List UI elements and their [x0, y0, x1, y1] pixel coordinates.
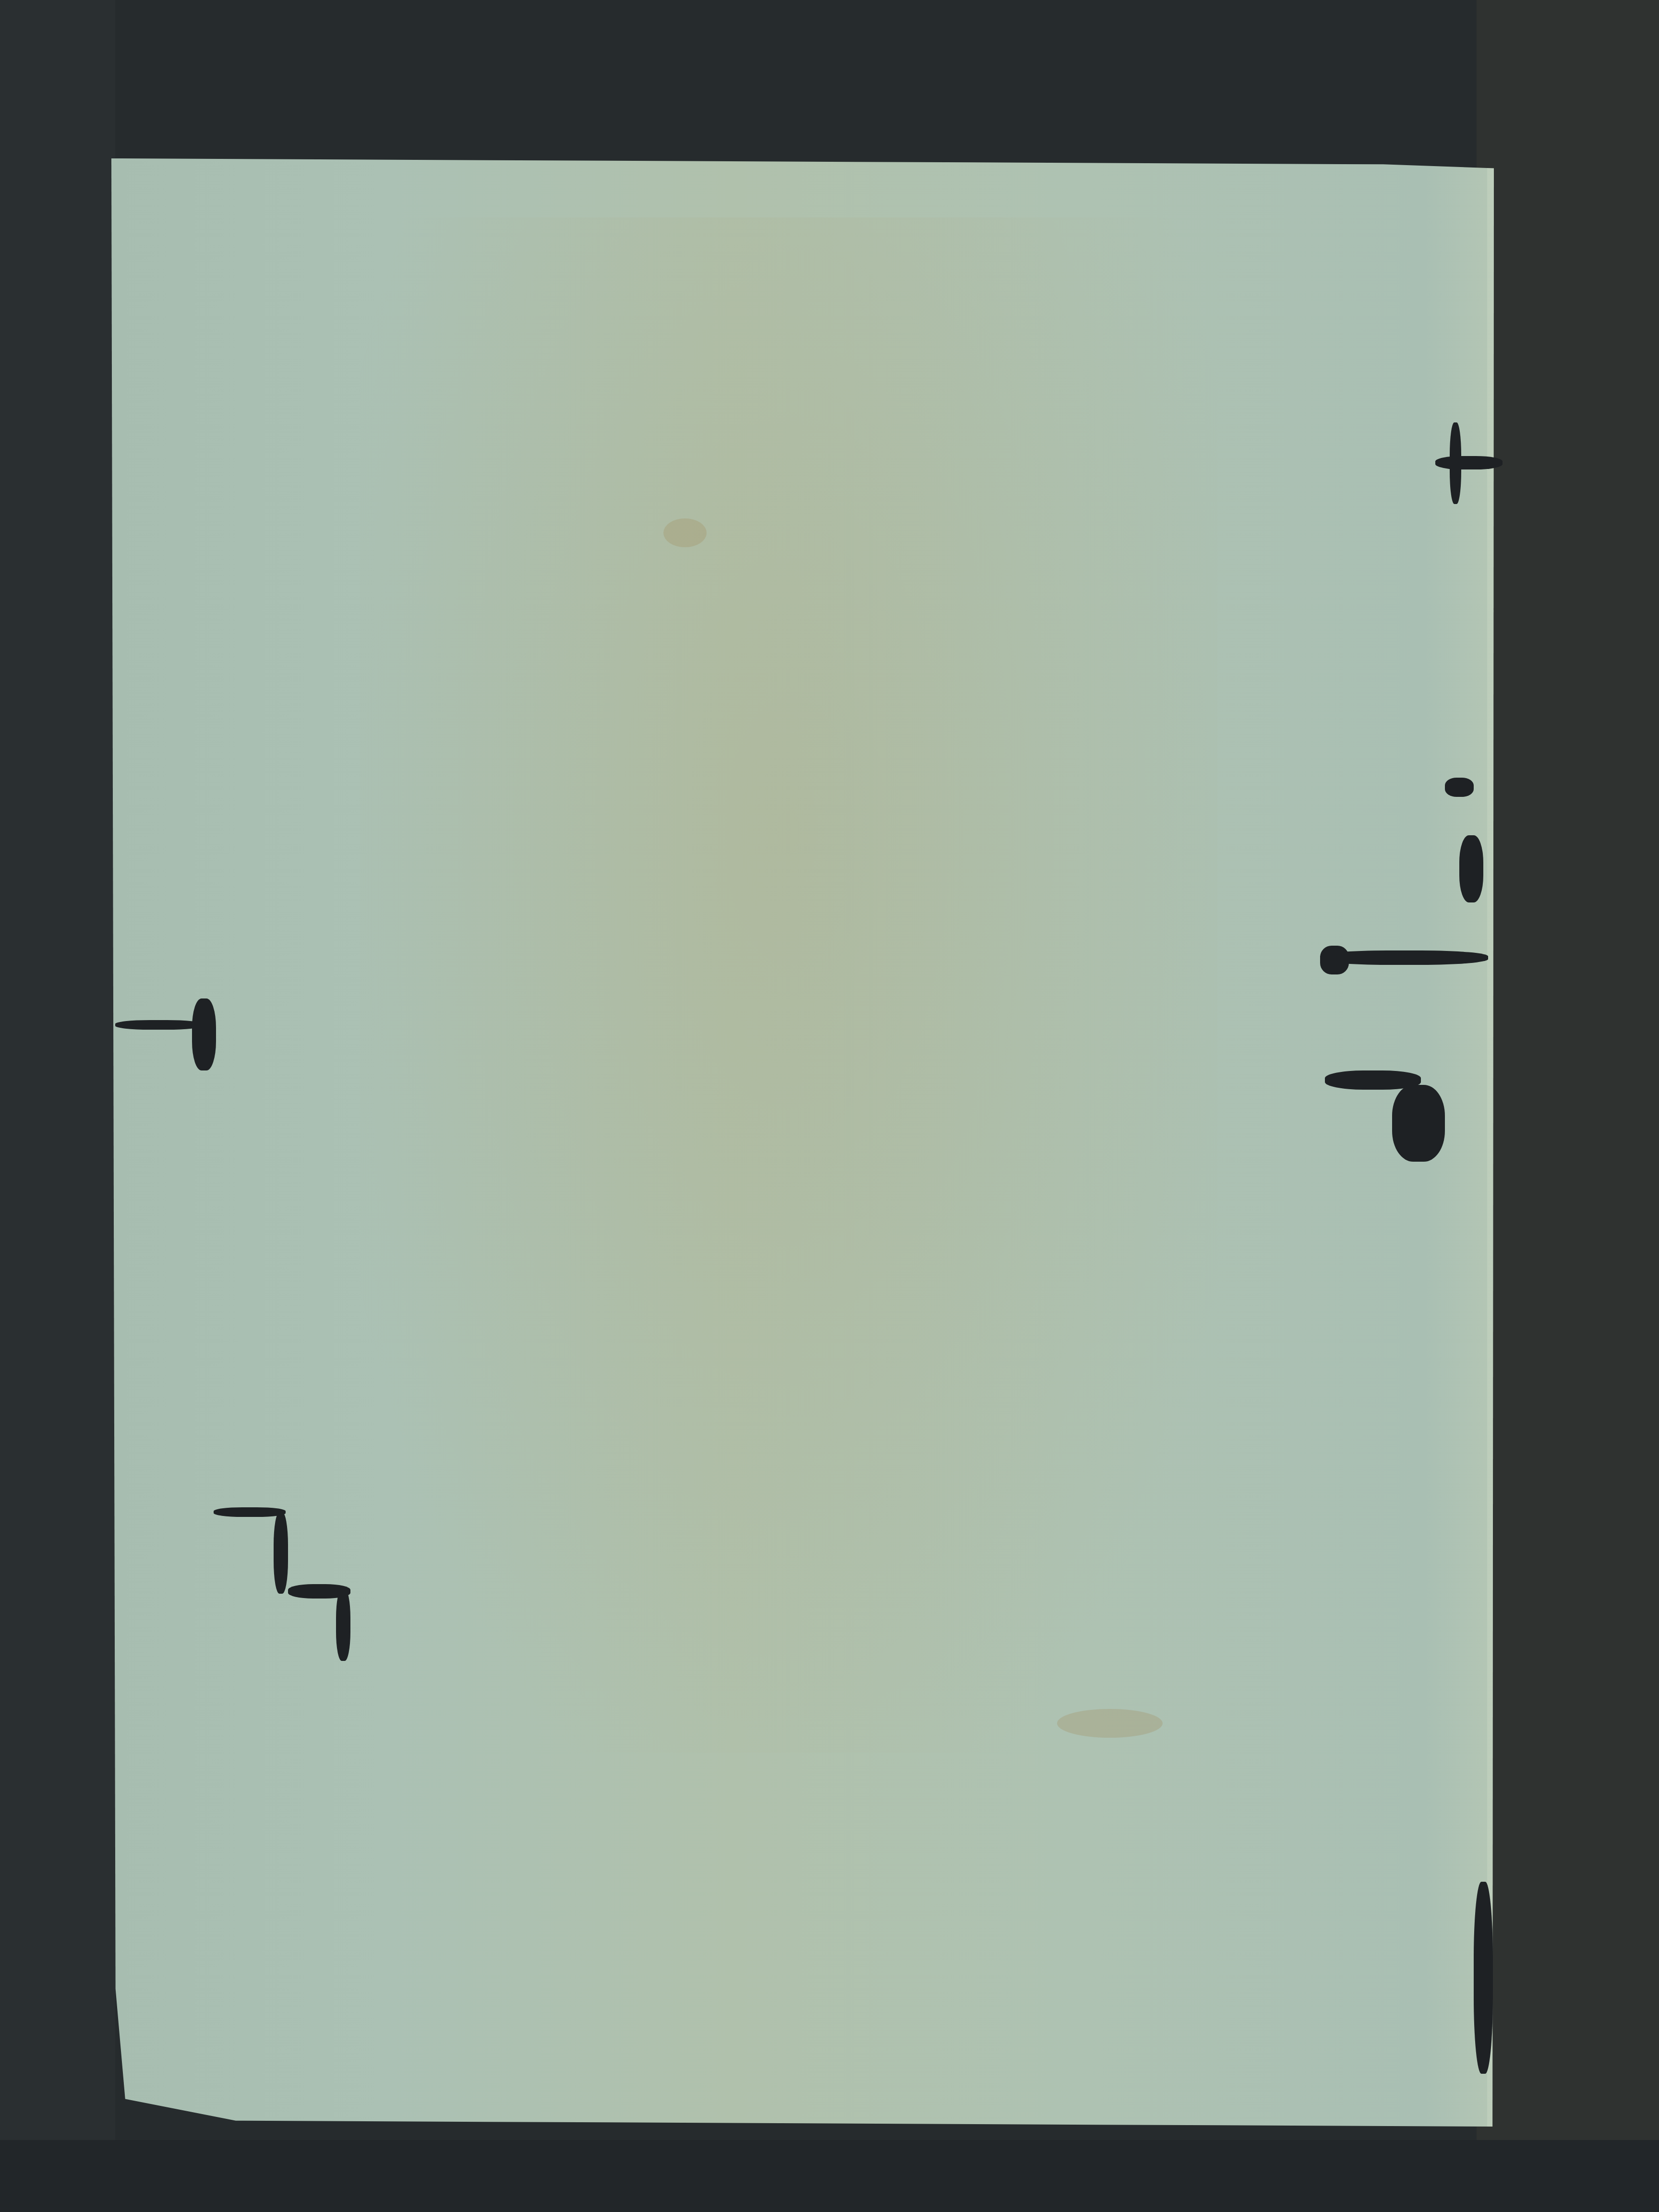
damage-hole: [1392, 1085, 1445, 1162]
damage-hole: [1445, 778, 1474, 797]
damage-hole: [1474, 1882, 1493, 2074]
dark-background-bottom: [0, 2140, 1659, 2212]
damage-hole: [274, 1512, 288, 1594]
damage-hole: [1435, 456, 1503, 469]
damage-hole: [192, 998, 216, 1070]
damage-hole: [1459, 835, 1483, 902]
stain: [1057, 1709, 1163, 1738]
paper-sheet: [111, 158, 1494, 2127]
damage-hole: [115, 1020, 202, 1030]
dark-background-right: [1477, 0, 1659, 2212]
damage-hole: [1320, 946, 1349, 974]
damage-hole: [214, 1507, 286, 1517]
damage-hole: [336, 1589, 350, 1661]
stain: [663, 518, 707, 547]
dark-background-left: [0, 0, 115, 2212]
damage-hole: [1450, 422, 1461, 504]
